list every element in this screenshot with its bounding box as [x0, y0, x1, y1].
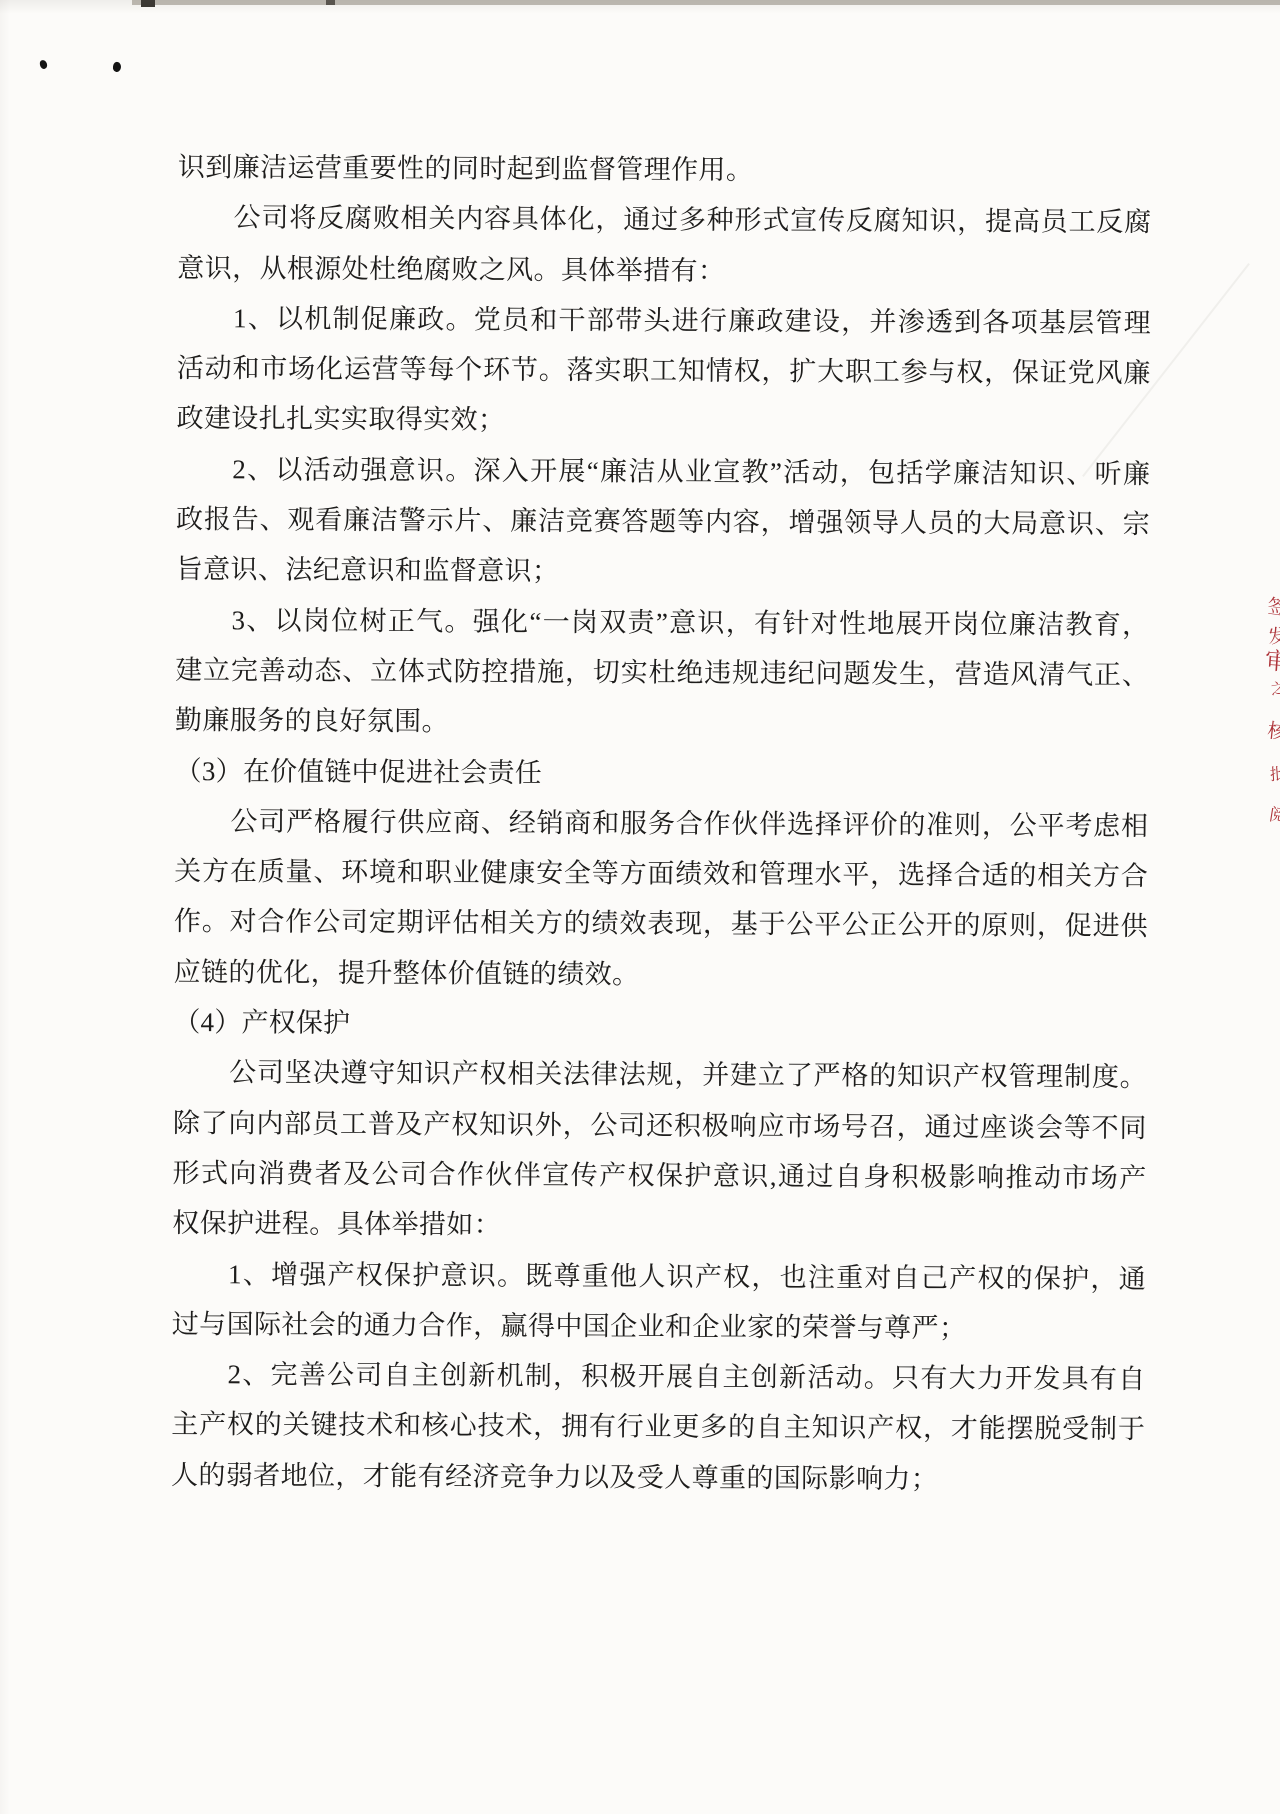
document-line: 1、以机制促廉政。党员和干部带头进行廉政建设，并渗透到各项基层管理: [177, 293, 1151, 348]
section-heading: （4）产权保护: [173, 997, 1147, 1052]
document-line: 政建设扎扎实实取得实效；: [176, 393, 1150, 448]
red-ink-mark-fragment: 签: [1266, 597, 1280, 621]
document-line: 旨意识、法纪意识和监督意识；: [176, 544, 1150, 599]
document-line: 2、以活动强意识。深入开展“廉洁从业宣教”活动，包括学廉洁知识、听廉: [176, 444, 1150, 499]
red-ink-mark-fragment: 发: [1267, 626, 1280, 647]
document-line: 公司严格履行供应商、经销商和服务合作伙伴选择评价的准则，公平考虑相: [174, 796, 1148, 851]
scan-edge-tick: [141, 0, 155, 7]
document-line: 形式向消费者及公司合作伙伴宣传产权保护意识,通过自身积极影响推动市场产: [172, 1148, 1146, 1203]
document-line: 1、增强产权保护意识。既尊重他人识产权，也注重对自己产权的保护，通: [172, 1249, 1146, 1304]
document-line: 主产权的关键技术和核心技术，拥有行业更多的自主知识产权，才能摆脱受制于: [171, 1399, 1145, 1454]
document-text-block: 识到廉洁运营重要性的同时起到监督管理作用。 公司将反腐败相关内容具体化，通过多种…: [171, 142, 1152, 1505]
document-line: 关方在质量、环境和职业健康安全等方面绩效和管理水平，选择合适的相关方合: [174, 846, 1148, 901]
document-line: 除了向内部员工普及产权知识外，公司还积极响应市场号召，通过座谈会等不同: [173, 1098, 1147, 1153]
scan-edge-artifact: [132, 0, 1280, 5]
document-line: 2、完善公司自主创新机制，积极开展自主创新活动。只有大力开发具有自: [171, 1349, 1145, 1404]
document-line: 意识，从根源处杜绝腐败之风。具体举措有：: [177, 243, 1151, 298]
document-line: 人的弱者地位，才能有经济竞争力以及受人尊重的国际影响力；: [171, 1450, 1145, 1505]
red-ink-mark-fragment: 阅: [1268, 806, 1280, 827]
document-line: 建立完善动态、立体式防控措施，切实杜绝违规违纪问题发生，营造风清气正、: [175, 645, 1149, 700]
document-line: 权保护进程。具体举措如：: [172, 1198, 1146, 1253]
document-line: 活动和市场化运营等每个环节。落实职工知情权，扩大职工参与权，保证党风廉: [177, 343, 1151, 398]
document-line: 过与国际社会的通力合作，赢得中国企业和企业家的荣誉与尊严；: [172, 1299, 1146, 1354]
scan-speckle: [112, 61, 122, 72]
document-line: 公司将反腐败相关内容具体化，通过多种形式宣传反腐知识，提高员工反腐: [177, 192, 1151, 247]
document-line: 勤廉服务的良好氛围。: [175, 695, 1149, 750]
red-ink-mark-fragment: 审: [1264, 650, 1280, 676]
scan-edge-tick: [326, 0, 335, 5]
document-line: 识到廉洁运营重要性的同时起到监督管理作用。: [178, 142, 1152, 197]
document-line: 政报告、观看廉洁警示片、廉洁竞赛答题等内容，增强领导人员的大局意识、宗: [176, 494, 1150, 549]
section-heading: （3）在价值链中促进社会责任: [175, 746, 1149, 801]
red-ink-mark-fragment: 核: [1266, 721, 1280, 744]
document-line: 作。对合作公司定期评估相关方的绩效表现，基于公平公正公开的原则，促进供: [174, 896, 1148, 951]
document-line: 应链的优化，提升整体价值链的绩效。: [174, 947, 1148, 1002]
red-ink-mark-fragment: 之: [1270, 679, 1280, 697]
document-line: 3、以岗位树正气。强化“一岗双责”意识，有针对性地展开岗位廉洁教育，: [175, 595, 1149, 650]
document-line: 公司坚决遵守知识产权相关法律法规，并建立了严格的知识产权管理制度。: [173, 1047, 1147, 1102]
scanned-page: 识到廉洁运营重要性的同时起到监督管理作用。 公司将反腐败相关内容具体化，通过多种…: [0, 0, 1280, 1814]
scan-speckle: [39, 59, 48, 70]
red-ink-mark-fragment: 批: [1269, 766, 1280, 784]
